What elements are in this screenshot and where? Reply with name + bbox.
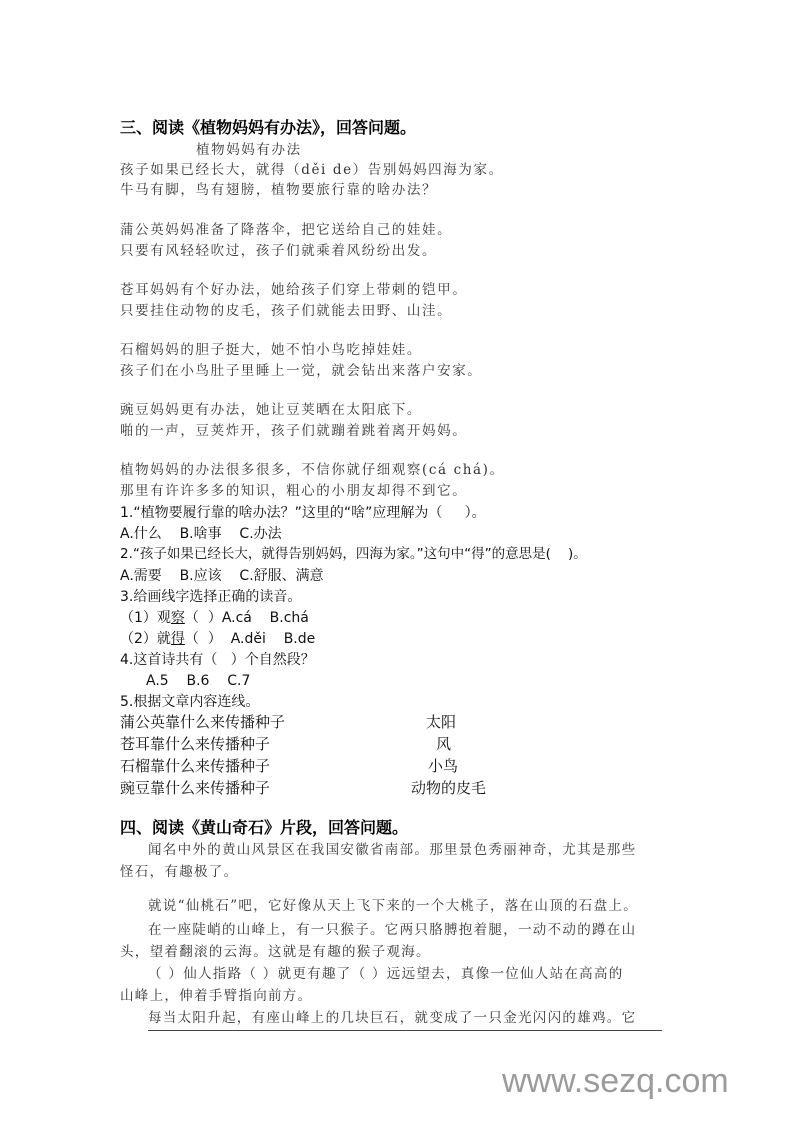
passage-line: 闻名中外的黄山风景区在我国安徽省南部。那里景色秀丽神奇，尤其是那些 (148, 844, 636, 858)
question-2: 2.“孩子如果已经长大，就得告别妈妈，四海为家。”这句中“得”的意思是( )。 (120, 548, 587, 562)
poem-line: 孩子们在小鸟肚子里睡上一觉，就会钻出来落户安家。 (120, 365, 482, 379)
poem-line: 只要有风轻轻吹过，孩子们就乘着风纷纷出发。 (120, 245, 437, 259)
poem-line: 豌豆妈妈更有办法，她让豆荚晒在太阳底下。 (120, 404, 422, 418)
underlined-char: 得 (171, 631, 185, 647)
question-1: 1.“植物要履行靠的啥办法？”这里的“啥”应理解为（ ）。 (120, 506, 486, 520)
poem-line: 啪的一声，豆荚炸开，孩子们就蹦着跳着离开妈妈。 (120, 425, 467, 439)
match-left-item: 苍耳靠什么来传播种子 (120, 737, 270, 752)
question-3-item-2: （2）就得（ ） A.děi B.de (120, 632, 315, 646)
watermark: www.sezq.com (502, 1064, 729, 1098)
poem-line: 那里有许许多多的知识，粗心的小朋友却得不到它。 (120, 485, 467, 499)
poem-line: 蒲公英妈妈准备了降落伞，把它送给自己的娃娃。 (120, 224, 452, 238)
match-right-item: 动物的皮毛 (411, 781, 486, 796)
poem-line: 牛马有脚，鸟有翅膀，植物要旅行靠的啥办法？ (120, 184, 437, 198)
item-prefix: （1）观 (120, 610, 171, 626)
poem-line: 石榴妈妈的胆子挺大，她不怕小鸟吃掉娃娃。 (120, 344, 422, 358)
section4-heading: 四、阅读《黄山奇石》片段，回答问题。 (120, 820, 408, 836)
question-2-options: A.需要 B.应该 C.舒服、满意 (120, 569, 324, 583)
question-3: 3.给画线字选择正确的读音。 (120, 590, 301, 604)
section3-heading: 三、阅读《植物妈妈有办法》，回答问题。 (120, 120, 416, 136)
underline-rule (148, 1030, 662, 1031)
poem-title: 植物妈妈有办法 (196, 144, 302, 158)
passage-line: 山峰上，伸着手臂指向前方。 (120, 990, 312, 1004)
item-prefix: （2）就 (120, 631, 171, 647)
passage-line: 头，望着翻滚的云海。这就是有趣的猴子观海。 (120, 946, 431, 960)
question-1-options: A.什么 B.啥事 C.办法 (120, 527, 282, 541)
question-4: 4.这首诗共有（ ）个自然段？ (120, 653, 315, 667)
passage-line: 怪石，有趣极了。 (120, 866, 238, 880)
item-choices: （ ）A.cá B.chá (185, 610, 309, 626)
question-5: 5.根据文章内容连线。 (120, 695, 259, 709)
poem-line: 只要挂住动物的皮毛，孩子们就能去田野、山洼。 (120, 305, 452, 319)
match-right-item: 太阳 (426, 715, 456, 730)
poem-line: 苍耳妈妈有个好办法，她给孩子们穿上带刺的铠甲。 (120, 284, 467, 298)
match-left-item: 石榴靠什么来传播种子 (120, 759, 270, 774)
match-right-item: 小鸟 (428, 759, 458, 774)
match-right-item: 风 (436, 737, 451, 752)
passage-line: 就说“仙桃石”吧，它好像从天上飞下来的一个大桃子，落在山顶的石盘上。 (148, 900, 638, 914)
item-choices: （ ） A.děi B.de (185, 631, 315, 647)
match-left-item: 豌豆靠什么来传播种子 (120, 781, 270, 796)
match-left-item: 蒲公英靠什么来传播种子 (120, 715, 285, 730)
passage-line: 在一座陡峭的山峰上，有一只猴子。它两只胳膊抱着腿，一动不动的蹲在山 (148, 924, 636, 938)
question-3-item-1: （1）观察（ ）A.cá B.chá (120, 611, 309, 625)
passage-line: （ ）仙人指路（ ）就更有趣了（ ）远远望去，真像一位仙人站在高高的 (148, 968, 624, 982)
poem-line: 孩子如果已经长大，就得（děi de）告别妈妈四海为家。 (120, 164, 504, 178)
underlined-char: 察 (171, 610, 185, 626)
question-4-options: A.5 B.6 C.7 (146, 674, 250, 688)
passage-line-underlined: 每当太阳升起，有座山峰上的几块巨石，就变成了一只金光闪闪的雄鸡。它 (148, 1012, 636, 1026)
poem-line: 植物妈妈的办法很多很多，不信你就仔细观察(cá chá)。 (120, 464, 505, 478)
